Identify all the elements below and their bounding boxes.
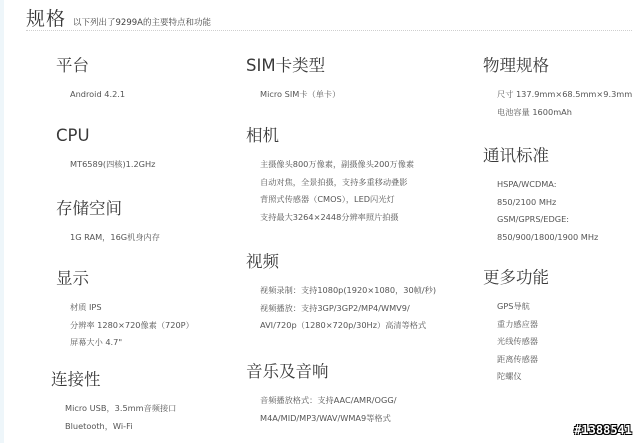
section-display: 显示 材质 IPS 分辨率 1280×720像素（720P） 屏幕大小 4.7"	[56, 269, 194, 352]
section-title: 物理规格	[483, 56, 632, 76]
spec-item: 尺寸 137.9mm×68.5mm×9.3mm	[497, 86, 632, 104]
spec-item: 支持最大3264×2448分辨率照片拍摄	[260, 209, 414, 227]
spec-item: 材质 IPS	[70, 299, 194, 317]
spec-item: MT6589(四核)1.2GHz	[70, 156, 156, 174]
section-physical: 物理规格 尺寸 137.9mm×68.5mm×9.3mm 电池容量 1600mA…	[483, 56, 632, 121]
section-title: 连接性	[51, 370, 176, 390]
section-title: SIM卡类型	[246, 56, 340, 76]
spec-header: 规格 以下列出了9299A的主要特点和功能	[26, 4, 211, 31]
spec-item: 音频播放格式：支持AAC/AMR/OGG/	[260, 392, 396, 410]
spec-item: 背照式传感器（CMOS），LED闪光灯	[260, 191, 414, 209]
section-title: 更多功能	[483, 268, 549, 288]
section-platform: 平台 Android 4.2.1	[56, 56, 125, 104]
spec-item: AVI/720p（1280×720p/30Hz）高清等格式	[260, 317, 436, 335]
spec-item: 陀螺仪	[497, 368, 549, 386]
watermark-id: #1388541	[574, 423, 632, 437]
section-title: 平台	[56, 56, 125, 76]
section-title: 相机	[246, 126, 414, 146]
section-more-features: 更多功能 GPS导航 重力感应器 光线传感器 距离传感器 陀螺仪	[483, 268, 549, 386]
section-video: 视频 视频录制：支持1080p(1920×1080，30帧/秒) 视频播放：支持…	[246, 252, 436, 335]
spec-item: 自动对焦，全景拍摄，支持多重移动叠影	[260, 174, 414, 192]
section-title: CPU	[56, 126, 156, 146]
spec-item: Bluetooth，Wi-Fi	[65, 418, 176, 436]
spec-item: Android 4.2.1	[70, 86, 125, 104]
section-sim-type: SIM卡类型 Micro SIM卡（单卡）	[246, 56, 340, 104]
spec-item: 距离传感器	[497, 351, 549, 369]
section-cpu: CPU MT6589(四核)1.2GHz	[56, 126, 156, 174]
spec-item: 视频播放：支持3GP/3GP2/MP4/WMV9/	[260, 300, 436, 318]
spec-item: 重力感应器	[497, 316, 549, 334]
spec-item: HSPA/WCDMA:	[497, 176, 598, 194]
spec-item: M4A/MID/MP3/WAV/WMA9等格式	[260, 410, 396, 428]
section-storage: 存储空间 1G RAM，16G机身内存	[56, 199, 160, 247]
spec-item: 1G RAM，16G机身内存	[70, 229, 160, 247]
spec-item: Micro SIM卡（单卡）	[260, 86, 340, 104]
section-audio: 音乐及音响 音频播放格式：支持AAC/AMR/OGG/ M4A/MID/MP3/…	[246, 362, 396, 427]
section-title: 视频	[246, 252, 436, 272]
spec-item: Micro USB，3.5mm音频接口	[65, 400, 176, 418]
spec-item: GPS导航	[497, 298, 549, 316]
spec-item: 850/2100 MHz	[497, 194, 598, 212]
spec-item: 主摄像头800万像素，副摄像头200万像素	[260, 156, 414, 174]
spec-item: 屏幕大小 4.7"	[70, 334, 194, 352]
section-title: 存储空间	[56, 199, 160, 219]
spec-item: 视频录制：支持1080p(1920×1080，30帧/秒)	[260, 282, 436, 300]
section-camera: 相机 主摄像头800万像素，副摄像头200万像素 自动对焦，全景拍摄，支持多重移…	[246, 126, 414, 226]
dotted-divider	[26, 30, 632, 31]
section-title: 显示	[56, 269, 194, 289]
section-connectivity: 连接性 Micro USB，3.5mm音频接口 Bluetooth，Wi-Fi	[51, 370, 176, 435]
page-title: 规格	[26, 4, 66, 31]
spec-item: 光线传感器	[497, 333, 549, 351]
section-title: 音乐及音响	[246, 362, 396, 382]
left-edge-strip	[0, 0, 4, 443]
spec-item: GSM/GPRS/EDGE:	[497, 211, 598, 229]
spec-item: 850/900/1800/1900 MHz	[497, 229, 598, 247]
section-title: 通讯标准	[483, 146, 598, 166]
page-subtitle: 以下列出了9299A的主要特点和功能	[73, 16, 211, 28]
spec-item: 电池容量 1600mAh	[497, 104, 632, 122]
spec-item: 分辨率 1280×720像素（720P）	[70, 317, 194, 335]
section-network: 通讯标准 HSPA/WCDMA: 850/2100 MHz GSM/GPRS/E…	[483, 146, 598, 246]
